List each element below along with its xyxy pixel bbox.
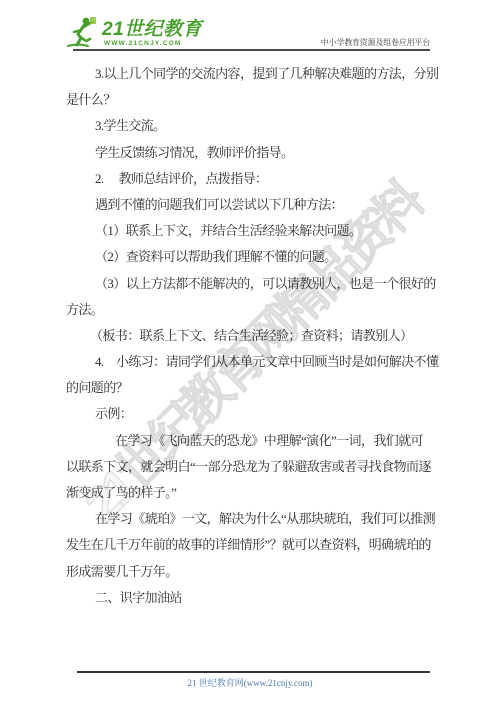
footer-site-label: 21 世纪教育网(www.21cnjy.com) <box>0 676 500 689</box>
text-line: （板书：联系上下文、结合生活经验；查资料；请教别人） <box>0 323 500 349</box>
brand-url: www.21cnjy.com <box>104 41 202 48</box>
text-line: 在学习《琥珀》一文，解决为什么“从那块琥珀，我们可以推测 <box>0 506 500 532</box>
text-line: （2）查资料可以帮助我们理解不懂的问题。 <box>0 244 500 270</box>
brand-logo: 21世纪教育 www.21cnjy.com <box>64 14 202 52</box>
text-line: 形成需要几千万年。 <box>0 559 500 585</box>
text-line: 2. 教师总结评价，点拨指导： <box>0 166 500 192</box>
text-line: 示例： <box>0 401 500 427</box>
runner-icon <box>64 14 100 50</box>
text-line: 是什么？ <box>0 87 500 113</box>
text-line: 3.学生交流。 <box>0 113 500 139</box>
text-line: 遇到不懂的问题我们可以尝试以下几种方法： <box>0 192 500 218</box>
text-line: 的问题的？ <box>0 375 500 401</box>
footer-divider <box>77 671 430 673</box>
text-line: 方法。 <box>0 297 500 323</box>
text-line: 二、识字加油站 <box>0 585 500 611</box>
text-line: 发生在几千万年前的故事的详细情形”？就可以查资料，明确琥珀的 <box>0 532 500 558</box>
text-line: 学生反馈练习情况，教师评价指导。 <box>0 140 500 166</box>
text-line: 渐变成了鸟的样子。” <box>0 480 500 506</box>
brand-name: 21世纪教育 <box>102 20 202 39</box>
text-line: 3.以上几个同学的交流内容，提到了几种解决难题的方法，分别 <box>0 61 500 87</box>
document-lines: 3.以上几个同学的交流内容，提到了几种解决难题的方法，分别是什么？3.学生交流。… <box>0 61 500 611</box>
text-line: 4. 小练习：请同学们从本单元文章中回顾当时是如何解决不懂 <box>0 349 500 375</box>
platform-slogan: 中小学教育资源及组卷应用平台 <box>321 37 430 48</box>
text-line: 在学习《飞向蓝天的恐龙》中理解“演化”一词，我们就可 <box>0 428 500 454</box>
text-line: 以联系下文，就会明白“一部分恐龙为了躲避敌害或者寻找食物而逐 <box>0 454 500 480</box>
document-page: 21世纪教育网精品资料 21世纪教育 www.21cnjy.com 中小学教育资… <box>0 0 500 707</box>
text-line: （3）以上方法都不能解决的，可以请教别人，也是一个很好的 <box>0 271 500 297</box>
text-line: （1）联系上下文，并结合生活经验来解决问题。 <box>0 218 500 244</box>
